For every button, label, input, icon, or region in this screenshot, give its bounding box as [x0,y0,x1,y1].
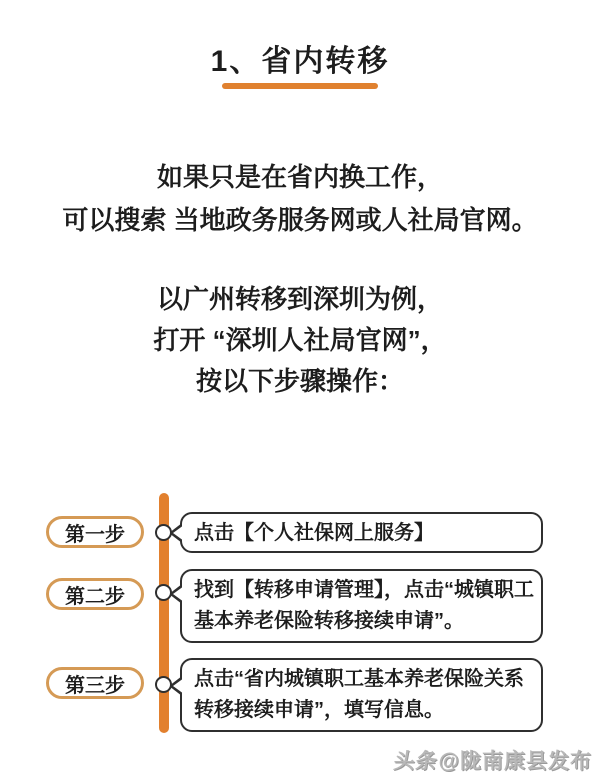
example-line-1: 以广州转移到深圳为例， [0,279,600,320]
step-badge-2: 第二步 [46,578,144,610]
step-badge-3: 第三步 [46,667,144,699]
step-bubble-1: 点击【个人社保网上服务】 [180,512,543,553]
step-badge-1: 第一步 [46,516,144,548]
example-line-3: 按以下步骤操作： [0,361,600,402]
watermark: 头条@陇南康县发布 [394,745,592,775]
step-text-1: 点击【个人社保网上服务】 [194,515,434,551]
intro-line-2: 可以搜索 当地政务服务网或人社局官网。 [0,199,600,242]
intro-paragraph: 如果只是在省内换工作， 可以搜索 当地政务服务网或人社局官网。 [0,156,600,242]
step-text-2: 找到【转移申请管理】，点击“城镇职工基本养老保险转移接续申请”。 [194,579,534,632]
example-paragraph: 以广州转移到深圳为例， 打开 “深圳人社局官网”， 按以下步骤操作： [0,279,600,402]
timeline-node-2 [155,584,172,601]
step-text-3: 点击“省内城镇职工基本养老保险关系转移接续申请”，填写信息。 [194,668,524,721]
step-bubble-3: 点击“省内城镇职工基本养老保险关系转移接续申请”，填写信息。 [180,658,543,732]
watermark-account: @陇南康县发布 [439,750,592,773]
intro-line-1: 如果只是在省内换工作， [0,156,600,199]
infographic-card: 1、省内转移 如果只是在省内换工作， 可以搜索 当地政务服务网或人社局官网。 以… [0,0,600,775]
toutiao-logo: 头条 [391,745,439,775]
step-bubble-2: 找到【转移申请管理】，点击“城镇职工基本养老保险转移接续申请”。 [180,569,543,643]
example-line-2: 打开 “深圳人社局官网”， [0,320,600,361]
timeline-node-3 [155,676,172,693]
timeline-node-1 [155,524,172,541]
page-title: 1、省内转移 [0,36,600,80]
title-underline [222,83,378,89]
